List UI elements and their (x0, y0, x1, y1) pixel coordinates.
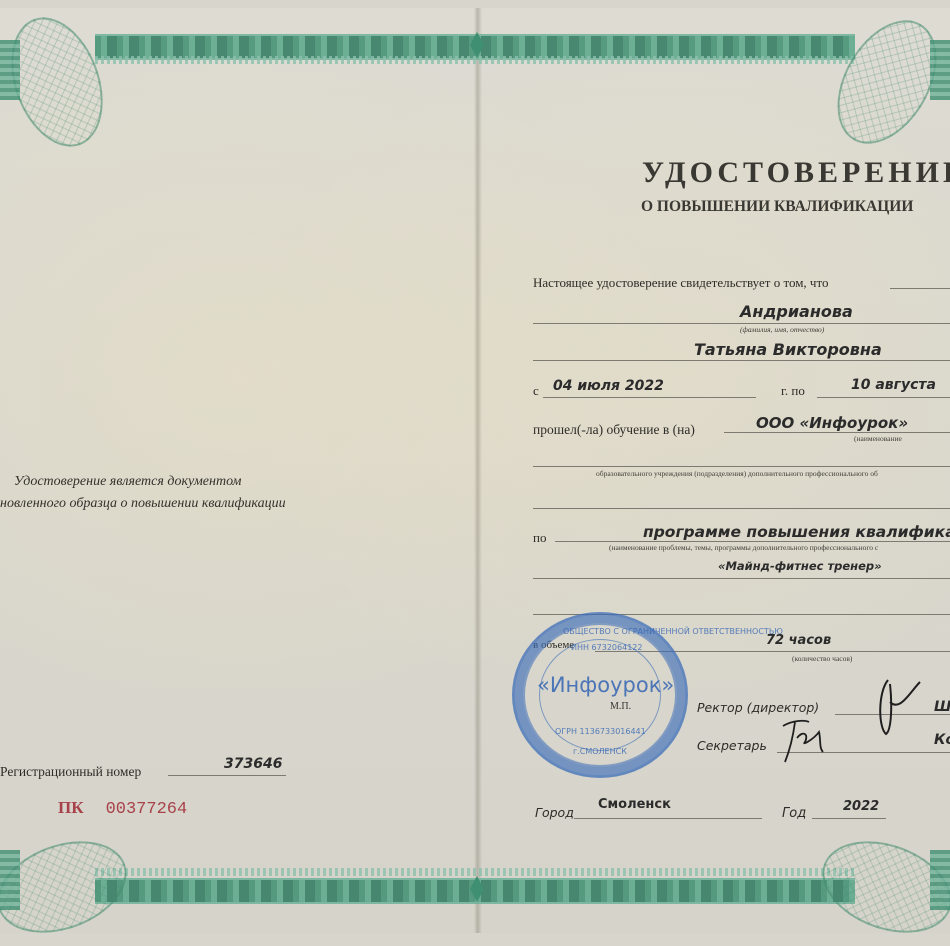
program-name-rule (533, 578, 950, 579)
document-title: УДОСТОВЕРЕНИЕ (642, 156, 950, 190)
program-label: по (533, 530, 546, 546)
city: Смоленск (598, 797, 671, 812)
program-hint: (наименование проблемы, темы, программы … (609, 543, 878, 552)
hours-hint: (количество часов) (792, 654, 852, 663)
start-date-rule (543, 397, 756, 398)
top-guilloche-border (0, 28, 950, 62)
serial-digits: 00377264 (106, 800, 188, 819)
to-label: г. по (781, 383, 805, 399)
page-fold (474, 8, 482, 933)
registration-label: Регистрационный номер (0, 764, 141, 780)
given-names: Татьяна Викторовна (694, 340, 882, 359)
program-type: программе повышения квалификац (643, 523, 950, 541)
surname: Андрианова (740, 302, 853, 321)
given-names-rule (533, 360, 950, 361)
stamp-ring-text: ОБЩЕСТВО С ОГРАНИЧЕННОЙ ОТВЕТСТВЕННОСТЬЮ (563, 627, 783, 636)
end-date: 10 августа (851, 377, 936, 393)
from-label: с (533, 383, 539, 399)
serial-prefix: ПК (58, 798, 84, 817)
year-label: Год (782, 806, 806, 821)
program-rule (555, 541, 950, 542)
validity-note-line1: Удостоверение является документом (14, 474, 241, 490)
organization-rule-3 (533, 508, 950, 509)
director-name: Ш (934, 699, 950, 715)
program-name: «Майнд-фитнес тренер» (718, 559, 882, 573)
secretary-signature-icon (775, 712, 835, 767)
border-strip (930, 40, 950, 100)
registration-rule (168, 775, 286, 776)
stamp-place-mark: М.П. (610, 701, 631, 712)
surname-rule (533, 323, 950, 324)
validity-note-line2: новленного образца о повышении квалифика… (0, 496, 286, 512)
intro-text: Настоящее удостоверение свидетельствует … (533, 275, 828, 291)
organization: ООО «Инфоурок» (756, 414, 908, 432)
bottom-guilloche-border (0, 872, 950, 906)
city-rule (574, 818, 762, 819)
registration-number: 373646 (224, 756, 282, 772)
trained-at-label: прошел(-ла) обучение в (на) (533, 422, 695, 438)
secretary-name: Ко (934, 732, 950, 748)
stamp-inn: ИНН 6732064122 (571, 643, 642, 652)
year: 2022 (843, 799, 879, 814)
city-label: Город (535, 805, 574, 820)
start-date: 04 июля 2022 (553, 378, 664, 394)
organization-rule (724, 432, 950, 433)
organization-hint: (наименование (854, 434, 902, 443)
organization-hint-2: образовательного учреждения (подразделен… (596, 469, 878, 478)
stamp-city: г.СМОЛЕНСК (573, 747, 627, 756)
serial-number: ПК00377264 (58, 798, 187, 819)
intro-rule (890, 288, 950, 289)
secretary-label: Секретарь (697, 738, 767, 753)
organization-stamp: ОБЩЕСТВО С ОГРАНИЧЕННОЙ ОТВЕТСТВЕННОСТЬЮ… (512, 612, 688, 778)
end-date-rule (817, 397, 950, 398)
organization-rule-2 (533, 466, 950, 467)
document-subtitle: О ПОВЫШЕНИИ КВАЛИФИКАЦИИ (641, 198, 913, 216)
stamp-ogrn: ОГРН 1136733016441 (555, 727, 646, 736)
director-signature-icon (870, 672, 930, 742)
stamp-name: «Инфоурок» (537, 673, 674, 697)
border-strip (0, 40, 20, 100)
year-rule (812, 818, 886, 819)
name-hint: (фамилия, имя, отчество) (740, 325, 824, 334)
border-strip (0, 850, 20, 910)
border-strip (930, 850, 950, 910)
